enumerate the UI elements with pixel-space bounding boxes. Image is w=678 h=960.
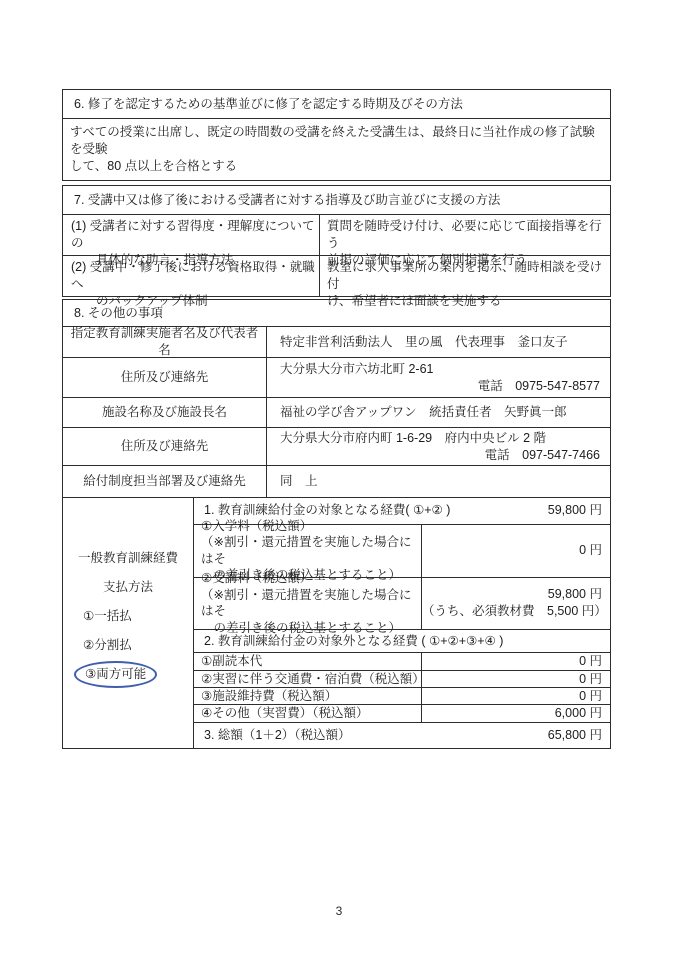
table-row: ④その他（実習費）（税込額） 6,000 円 [194,704,610,722]
payment-option-lump-sum: ①一括払 [63,602,193,631]
payment-method-line: 支払方法 [63,573,193,602]
form-tables: 6. 修了を認定するための基準並びに修了を認定する時期及びその方法 すべての授業… [62,89,611,749]
table-row: ③施設維持費（税込額） 0 円 [194,687,610,704]
excluded-row3-label: ③施設維持費（税込額） [194,688,421,704]
table-row: (2) 受講中・修了後における資格取得・就職へ のバックアップ体制 教室に求人事… [63,255,610,296]
table-row: ②受講料（税込額） （※割引・還元措置を実施した場合にはそ の差引き後の税込基と… [194,577,610,629]
tuition-fee-amount: 59,800 円 （うち、必須教材費 5,500 円） [422,586,602,620]
section6-title: 6. 修了を認定するための基準並びに修了を認定する時期及びその方法 [63,90,610,118]
benefit-dept-label: 給付制度担当部署及び連絡先 [63,466,266,497]
table-row: 住所及び連絡先 大分県大分市府内町 1-6-29 府内中央ビル 2 階 電話 0… [63,427,610,465]
total-label: 3. 総額（1＋2）（税込額） [204,727,351,744]
address2-value: 大分県大分市府内町 1-6-29 府内中央ビル 2 階 [280,430,604,447]
fee-table: 1. 教育訓練給付金の対象となる経費( ①+② ) 59,800 円 ①入学料（… [193,498,610,748]
fee-breakdown-block: 一般教育訓練経費 支払方法 ①一括払 ②分割払 ③両方可能 1. 教育訓練給付金… [63,497,610,748]
table-row: 施設名称及び施設長名 福祉の学び舎アップワン 統括責任者 矢野眞一郎 [63,397,610,427]
table-row: ①副読本代 0 円 [194,652,610,670]
address2-label: 住所及び連絡先 [63,428,266,465]
section-guidance-support: 7. 受講中又は修了後における受講者に対する指導及び助言並びに支援の方法 (1)… [62,185,611,297]
tuition-fee-label: ②受講料（税込額） （※割引・還元措置を実施した場合にはそ の差引き後の税込基と… [201,570,419,636]
benefit-dept-value: 同 上 [280,473,604,490]
guidance-row2-label: (2) 受講中・修了後における資格取得・就職へ のバックアップ体制 [63,256,319,296]
facility-name-label: 施設名称及び施設長名 [63,398,266,427]
section6-content: すべての授業に出席し、既定の時間数の受講を終えた受講生は、最終日に当社作成の修了… [63,118,610,180]
total-amount-row: 3. 総額（1＋2）（税込額） 65,800 円 [194,722,610,748]
guidance-row2-value: 教室に求人事業所の案内を掲示、随時相談を受け付 け、希望者には面談を実施する [319,256,610,296]
payment-method-line: 一般教育訓練経費 [63,544,193,573]
address1-label: 住所及び連絡先 [63,358,266,397]
excluded-row1-label: ①副読本代 [194,653,421,670]
facility-name-value: 福祉の学び舎アップワン 統括責任者 矢野眞一郎 [280,404,604,421]
table-row: ②実習に伴う交通費・宿泊費（税込額） 0 円 [194,670,610,687]
table-row: 指定教育訓練実施者名及び代表者名 特定非営利活動法人 里の風 代表理事 釜口友子 [63,326,610,357]
excluded-expenses-header: 2. 教育訓練給付金の対象外となる経費 ( ①+②+③+④ ) [194,629,610,653]
payment-option-installment: ②分割払 [63,631,193,660]
document-page: 6. 修了を認定するための基準並びに修了を認定する時期及びその方法 すべての授業… [0,0,678,960]
address2-phone: 電話 097-547-7466 [280,447,604,464]
guidance-row1-label: (1) 受講者に対する習得度・理解度についての 具体的な助言・指導方法 [63,215,319,255]
table-row: 給付制度担当部署及び連絡先 同 上 [63,465,610,497]
section-other-matters: 8. その他の事項 指定教育訓練実施者名及び代表者名 特定非営利活動法人 里の風… [62,299,611,749]
page-number: 3 [0,903,678,920]
provider-name-value: 特定非営利活動法人 里の風 代表理事 釜口友子 [280,334,604,351]
payment-method-cell: 一般教育訓練経費 支払方法 ①一括払 ②分割払 ③両方可能 [63,498,193,748]
entrance-fee-amount: 0 円 [422,542,602,559]
total-amount: 65,800 円 [548,727,602,744]
guidance-row1-value: 質問を随時受け付け、必要に応じて面接指導を行う 前掲の評価に応じて個別指導を行う [319,215,610,255]
eligible-expenses-amount: 59,800 円 [548,502,602,519]
payment-option-ellipse: ③両方可能 [74,661,157,688]
excluded-row1-amount: 0 円 [421,653,610,670]
excluded-row4-label: ④その他（実習費）（税込額） [194,705,421,722]
provider-name-label: 指定教育訓練実施者名及び代表者名 [63,327,266,357]
excluded-row2-label: ②実習に伴う交通費・宿泊費（税込額） [194,671,421,687]
excluded-row3-amount: 0 円 [421,688,610,704]
address1-value: 大分県大分市六坊北町 2-61 [280,361,604,378]
excluded-row4-amount: 6,000 円 [421,705,610,722]
excluded-row2-amount: 0 円 [421,671,610,687]
section7-title: 7. 受講中又は修了後における受講者に対する指導及び助言並びに支援の方法 [63,186,610,214]
table-row: (1) 受講者に対する習得度・理解度についての 具体的な助言・指導方法 質問を随… [63,214,610,255]
address1-phone: 電話 0975-547-8577 [280,378,604,395]
table-row: 住所及び連絡先 大分県大分市六坊北町 2-61 電話 0975-547-8577 [63,357,610,397]
section-completion-criteria: 6. 修了を認定するための基準並びに修了を認定する時期及びその方法 すべての授業… [62,89,611,181]
table-row: ①入学料（税込額） （※割引・還元措置を実施した場合にはそ の差引き後の税込基と… [194,524,610,577]
